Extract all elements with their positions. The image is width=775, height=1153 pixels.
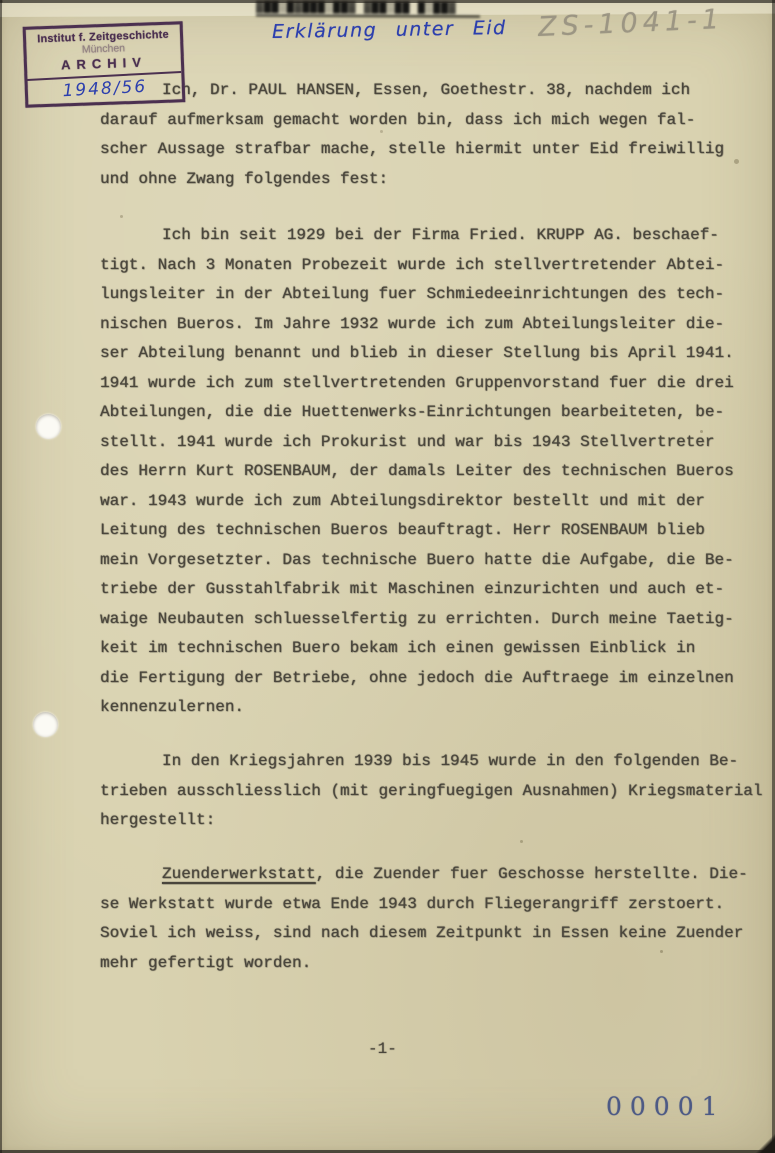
document-scan-page: ▓██▒█▓███▒██▓ ▓██▒██ █▒██▓ Erklärung unt… xyxy=(0,0,775,1153)
punch-hole-top xyxy=(36,414,61,439)
archive-reference-pencil: ZS-1041-1 xyxy=(537,4,724,43)
scan-edge-top xyxy=(0,0,775,3)
page-number: -1- xyxy=(368,1040,397,1058)
scan-corner-bottom-right xyxy=(735,1123,775,1153)
handwritten-title: Erklärung unter Eid xyxy=(272,17,507,43)
paragraph-oath-preamble: Ich, Dr. PAUL HANSEN, Essen, Goethestr. … xyxy=(100,76,760,194)
paragraph-career-history: Ich bin seit 1929 bei der Firma Fried. K… xyxy=(100,221,760,723)
paragraph-war-production-intro: In den Kriegsjahren 1939 bis 1945 wurde … xyxy=(100,747,760,836)
paragraph-zuenderwerkstatt: Zuenderwerkstatt, die Zuender fuer Gesch… xyxy=(100,860,760,978)
punch-hole-bottom xyxy=(33,712,58,737)
zuender-heading-underlined: Zuenderwerkstatt xyxy=(162,865,316,883)
document-serial-stamp: 00001 xyxy=(606,1092,726,1121)
scan-edge-left xyxy=(0,0,2,1153)
archive-stamp: Institut f. Zeitgeschichte München ARCHI… xyxy=(23,21,186,108)
